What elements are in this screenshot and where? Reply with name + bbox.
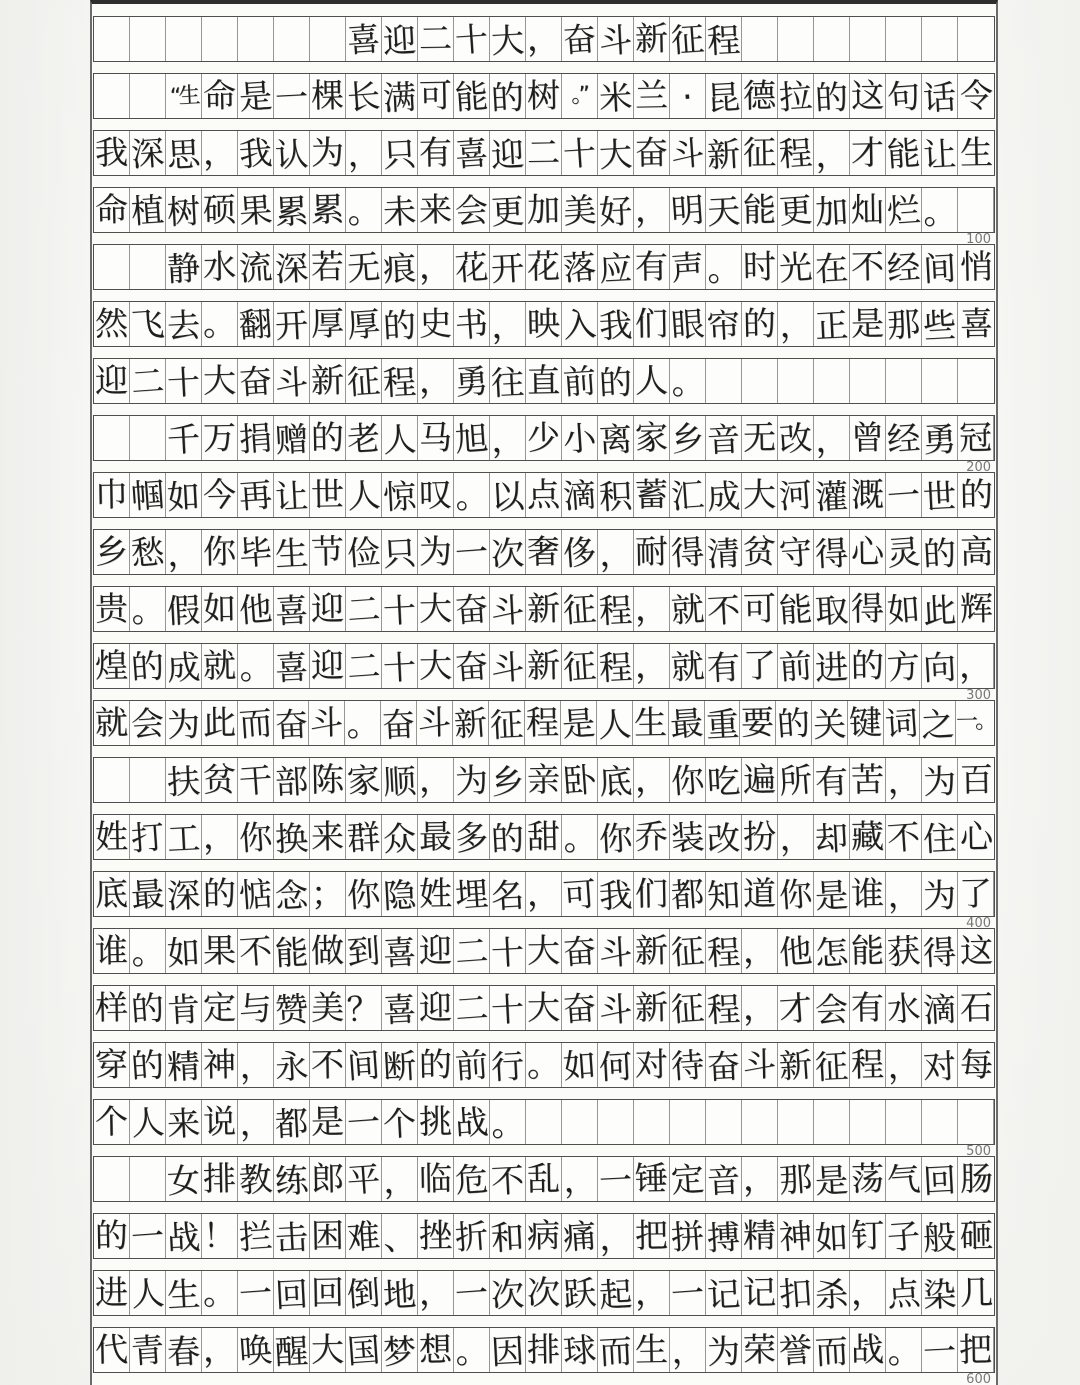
handwritten-char: 向	[922, 650, 957, 685]
grid-cell: 这	[850, 74, 886, 118]
grid-cell: 折	[454, 1214, 490, 1258]
grid-cell: 就	[670, 587, 706, 631]
handwritten-char: 最	[130, 876, 165, 911]
grid-cell: 昆	[706, 74, 742, 118]
grid-cell: 奋	[381, 701, 417, 745]
grid-cell: 的	[742, 302, 778, 346]
grid-cell	[958, 1100, 994, 1144]
grid-cell: 词	[884, 701, 920, 745]
handwritten-char: ·	[681, 79, 694, 113]
handwritten-char: 明	[670, 192, 705, 227]
handwritten-char: 征	[562, 591, 597, 626]
grid-cell: 如	[814, 1214, 850, 1258]
handwritten-char: 水	[886, 990, 921, 1025]
handwritten-char: 对	[635, 1047, 669, 1081]
handwritten-char: 乱	[527, 1161, 561, 1195]
handwritten-char: 苦	[851, 762, 885, 796]
grid-cell: 树	[166, 188, 202, 232]
handwritten-char: ，	[490, 308, 525, 343]
grid-cell: 对	[634, 1043, 670, 1087]
handwritten-char: 征	[670, 990, 705, 1025]
grid-cell: 的	[490, 815, 526, 859]
grid-cell: 得	[814, 530, 850, 574]
composition-paper: 喜迎二十大，奋斗新征程“生命是一棵长满可能的树。”米兰·昆德拉的这句话令我深思，…	[90, 0, 998, 1385]
handwritten-char: 树	[527, 78, 561, 112]
grid-cell: 小	[562, 416, 598, 460]
grid-cell: 病	[526, 1214, 562, 1258]
grid-cell: 代	[94, 1328, 130, 1372]
handwritten-char: 遍	[743, 762, 777, 796]
grid-cell: 果	[238, 188, 274, 232]
handwritten-char: 能	[743, 192, 777, 226]
handwritten-char: 痕	[382, 251, 417, 286]
handwritten-char: 的	[95, 1218, 129, 1252]
grid-cell: 生	[958, 131, 994, 175]
handwritten-char: 对	[922, 1049, 957, 1084]
grid-cell: 杀	[814, 1271, 850, 1315]
grid-cell: 应	[598, 245, 634, 289]
handwritten-char: 奢	[527, 534, 561, 568]
handwritten-char: 而	[814, 1334, 849, 1369]
grid-cell: 征	[814, 1043, 850, 1087]
grid-cell: 程	[598, 644, 634, 688]
grid-cell	[274, 17, 310, 61]
grid-cell	[778, 17, 814, 61]
handwritten-char: 每	[959, 1047, 993, 1081]
grid-cell: 只	[382, 131, 418, 175]
grid-cell: 做	[310, 929, 346, 973]
handwritten-char: 会	[814, 992, 849, 1027]
handwritten-char: 一	[922, 1334, 957, 1369]
grid-cell	[886, 359, 922, 403]
handwritten-char: 能	[274, 935, 309, 970]
handwritten-char: 曾	[851, 420, 885, 454]
grid-cell: 次	[490, 530, 526, 574]
grid-cell	[922, 1100, 958, 1144]
grid-cell: 永	[274, 1043, 310, 1087]
grid-cell: 奋	[706, 1043, 742, 1087]
handwritten-char: 拉	[778, 78, 813, 113]
grid-cell: ，	[958, 644, 994, 688]
handwritten-char: 的	[203, 876, 237, 910]
handwritten-char: 果	[238, 192, 273, 227]
grid-cell: ，	[886, 872, 922, 916]
grid-cell: 灌	[814, 473, 850, 517]
grid-cell: 二	[454, 929, 490, 973]
handwritten-char: 程	[706, 23, 741, 58]
grid-cell: 巾	[94, 473, 130, 517]
grid-cell: 能	[850, 929, 886, 973]
handwritten-char: 喜	[274, 650, 309, 685]
grid-cell: ，	[670, 1328, 706, 1372]
handwritten-char: 更	[490, 194, 525, 229]
grid-cell: 翻	[238, 302, 274, 346]
grid-cell: ，	[382, 1157, 418, 1201]
handwritten-char: 都	[274, 1106, 309, 1141]
grid-cell: 你	[346, 872, 382, 916]
grid-cell: 你	[238, 815, 274, 859]
grid-cell: ，	[742, 1157, 778, 1201]
handwritten-char: 流	[238, 249, 273, 284]
grid-cell: 打	[130, 815, 166, 859]
handwritten-char: 有	[706, 650, 741, 685]
handwritten-char: 话	[922, 80, 957, 115]
grid-cell: 深	[130, 131, 166, 175]
handwritten-char: 侈	[562, 534, 597, 569]
grid-cell: 穿	[94, 1043, 130, 1087]
grid-cell: 点	[526, 473, 562, 517]
handwritten-char: 得	[814, 536, 849, 571]
handwritten-char: 如	[814, 1220, 849, 1255]
grid-cell: 群	[346, 815, 382, 859]
grid-cell: 了	[742, 644, 778, 688]
grid-cell	[886, 1100, 922, 1144]
handwritten-char: 词	[884, 705, 919, 740]
grid-cell: 一	[454, 530, 490, 574]
grid-cell: 定	[202, 986, 238, 1030]
grid-cell: 能	[742, 188, 778, 232]
handwritten-char: ，	[743, 990, 777, 1024]
handwritten-char: 拼	[670, 1218, 705, 1253]
handwritten-char: 我	[238, 135, 273, 170]
handwritten-char: 我	[95, 135, 129, 169]
handwritten-char: 就	[203, 648, 237, 682]
grid-cell: 。	[526, 1043, 562, 1087]
handwritten-char: 万	[203, 420, 237, 454]
handwritten-char: ，	[743, 1161, 777, 1195]
grid-cell: 惊	[382, 473, 418, 517]
handwritten-char: 到	[346, 933, 381, 968]
essay-row: 穿的精神，永不间断的前行。如何对待奋斗新征程，对每	[93, 1042, 995, 1088]
essay-row: 巾帼如今再让世人惊叹。以点滴积蓄汇成大河灌溉一世的	[93, 472, 995, 518]
grid-cell: 贫	[202, 758, 238, 802]
grid-cell: 乔	[634, 815, 670, 859]
handwritten-char: ，	[778, 819, 813, 854]
handwritten-char: ，	[527, 21, 561, 55]
grid-cell: 到	[346, 929, 382, 973]
grid-cell	[958, 359, 994, 403]
grid-cell: 来	[166, 1100, 202, 1144]
grid-cell: 十	[490, 986, 526, 1030]
handwritten-char: 们	[635, 306, 669, 340]
handwritten-char: 开	[274, 308, 309, 343]
handwritten-char: 大	[527, 990, 561, 1024]
handwritten-char: 如	[166, 479, 201, 514]
handwritten-char: ；	[311, 876, 345, 910]
handwritten-char: 生	[166, 1277, 201, 1312]
grid-cell: 美	[562, 188, 598, 232]
grid-cell: 今	[202, 473, 238, 517]
grid-cell: 神	[202, 1043, 238, 1087]
essay-row: 煌的成就。喜迎二十大奋斗新征程，就有了前进的方向，300	[93, 643, 995, 689]
grid-cell: 认	[274, 131, 310, 175]
handwritten-char: 就	[670, 591, 705, 626]
handwritten-char: 句	[886, 78, 921, 113]
handwritten-char: 能	[886, 135, 921, 170]
grid-cell: 大	[310, 1328, 346, 1372]
grid-cell: 奋	[562, 986, 598, 1030]
handwritten-char: 生	[633, 705, 667, 739]
grid-cell: 春	[166, 1328, 202, 1372]
grid-cell: 新	[310, 359, 346, 403]
handwritten-char: 无	[743, 420, 777, 454]
grid-cell: 迎	[310, 587, 346, 631]
handwritten-char: 巾	[95, 477, 129, 511]
handwritten-char: 深	[130, 135, 165, 170]
grid-cell: 向	[922, 644, 958, 688]
grid-cell: 梦	[382, 1328, 418, 1372]
grid-cell	[94, 1157, 130, 1201]
handwritten-char: 战	[454, 1104, 489, 1139]
grid-cell: 喜	[958, 302, 994, 346]
grid-cell: 生	[634, 1328, 670, 1372]
handwritten-char: 可	[419, 78, 453, 112]
handwritten-char: ，	[238, 1047, 273, 1082]
handwritten-char: 迎	[382, 23, 417, 58]
grid-cell	[922, 17, 958, 61]
handwritten-char: 奋	[238, 363, 273, 398]
grid-cell: 一	[670, 1271, 706, 1315]
grid-cell: ，	[634, 644, 670, 688]
handwritten-char: 荣	[743, 1332, 777, 1366]
grid-cell: ，	[562, 1157, 598, 1201]
grid-cell: 成	[706, 473, 742, 517]
handwritten-char: 最	[668, 705, 703, 740]
handwritten-char: 加	[527, 192, 561, 226]
grid-cell: 挫	[418, 1214, 454, 1258]
handwritten-char: ，	[527, 876, 561, 910]
grid-cell: 德	[742, 74, 778, 118]
handwritten-char: 临	[419, 1161, 453, 1195]
grid-cell: 。	[130, 587, 166, 631]
grid-cell: 精	[742, 1214, 778, 1258]
handwritten-char: 是	[561, 705, 596, 740]
grid-cell: 令	[958, 74, 994, 118]
grid-cell: 荡	[850, 1157, 886, 1201]
grid-cell: 如	[166, 929, 202, 973]
grid-cell: 取	[814, 587, 850, 631]
handwritten-char: 的	[419, 1047, 453, 1081]
handwritten-char: 精	[166, 1049, 201, 1084]
handwritten-char: 不	[490, 1163, 525, 1198]
grid-cell: 十	[382, 587, 418, 631]
handwritten-char: 水	[203, 249, 237, 283]
grid-cell: 新	[706, 131, 742, 175]
handwritten-char: 奋	[562, 990, 597, 1025]
grid-cell: 众	[382, 815, 418, 859]
grid-cell: ，	[418, 758, 454, 802]
handwritten-char: 征	[670, 21, 705, 56]
handwritten-char: 无	[346, 249, 381, 284]
handwritten-char: 的	[851, 648, 885, 682]
grid-cell: 程	[525, 701, 561, 745]
handwritten-char: 勇	[922, 422, 957, 457]
grid-cell: 藏	[850, 815, 886, 859]
handwritten-char: 为	[454, 762, 489, 797]
handwritten-char: 都	[670, 876, 705, 911]
grid-cell: 旭	[454, 416, 490, 460]
handwritten-char: 痛	[562, 1218, 597, 1253]
grid-cell	[850, 359, 886, 403]
handwritten-char: 不	[311, 1047, 345, 1081]
grid-cell	[130, 74, 166, 118]
handwritten-char: 们	[635, 876, 669, 910]
handwritten-char: 战	[166, 1220, 201, 1255]
grid-cell: 不	[886, 815, 922, 859]
grid-cell: 个	[382, 1100, 418, 1144]
grid-cell: ，	[238, 1043, 274, 1087]
handwritten-char: 般	[922, 1220, 957, 1255]
handwritten-char: 起	[598, 1277, 633, 1312]
grid-cell: 。	[454, 1328, 490, 1372]
grid-cell: 史	[418, 302, 454, 346]
grid-cell: ，	[202, 815, 238, 859]
grid-cell: 不	[850, 245, 886, 289]
grid-cell: 命	[94, 188, 130, 232]
grid-cell: 为	[166, 701, 202, 745]
grid-cell: 。	[346, 188, 382, 232]
handwritten-char: 重	[705, 707, 740, 742]
handwritten-char: 方	[886, 648, 921, 683]
handwritten-char: 时	[743, 249, 777, 283]
handwritten-char: 程	[851, 1047, 885, 1081]
handwritten-char: ，	[203, 1332, 237, 1366]
handwritten-char: 加	[814, 194, 849, 229]
grid-cell: 飞	[130, 302, 166, 346]
grid-cell: 深	[274, 245, 310, 289]
grid-cell: 人	[346, 473, 382, 517]
handwritten-char: 花	[527, 249, 561, 283]
handwritten-char: 程	[778, 135, 813, 170]
handwritten-char: 吃	[706, 764, 741, 799]
handwritten-char: 奋	[562, 933, 597, 968]
grid-cell: 你	[598, 815, 634, 859]
left-page-margin	[0, 0, 90, 1385]
handwritten-char: 何	[598, 1049, 633, 1084]
grid-cell: 与	[238, 986, 274, 1030]
handwritten-char: 间	[346, 1047, 381, 1082]
grid-cell: 喜	[382, 929, 418, 973]
grid-cell: 的	[130, 1043, 166, 1087]
handwritten-char: 春	[166, 1334, 201, 1369]
handwritten-char: 更	[778, 192, 813, 227]
grid-cell: 喜	[382, 986, 418, 1030]
grid-cell: 可	[418, 74, 454, 118]
grid-cell: 。	[886, 1328, 922, 1372]
handwritten-char: 一	[346, 1104, 381, 1139]
grid-cell: 为	[454, 758, 490, 802]
essay-row: 贵。假如他喜迎二十大奋斗新征程，就不可能取得如此辉	[93, 586, 995, 632]
handwritten-char: 小	[562, 420, 597, 455]
handwritten-char: 十	[382, 593, 417, 628]
grid-cell	[130, 1157, 166, 1201]
grid-cell: 落	[562, 245, 598, 289]
handwritten-char: ，	[419, 762, 453, 796]
handwritten-char: 锤	[635, 1161, 669, 1195]
grid-cell: 记	[706, 1271, 742, 1315]
handwritten-char: 今	[203, 477, 237, 511]
handwritten-char: 好	[598, 194, 633, 229]
handwritten-char: 不	[886, 819, 921, 854]
handwritten-char: ，	[743, 933, 777, 967]
grid-cell: 唤	[238, 1328, 274, 1372]
handwritten-char: 未	[382, 194, 417, 229]
handwritten-char: 藏	[851, 819, 885, 853]
handwritten-char: 前	[562, 363, 597, 398]
handwritten-char: 的	[311, 420, 345, 454]
handwritten-char: ，	[346, 135, 381, 170]
grid-cell: 去	[166, 302, 202, 346]
handwritten-char: 的	[382, 308, 417, 343]
grid-cell: 喜	[274, 587, 310, 631]
grid-cell: 世	[310, 473, 346, 517]
grid-cell: 喜	[454, 131, 490, 175]
essay-grid: 喜迎二十大，奋斗新征程“生命是一棵长满可能的树。”米兰·昆德拉的这句话令我深思，…	[92, 16, 996, 1373]
handwritten-char: 球	[562, 1332, 597, 1367]
handwritten-char: 住	[922, 821, 957, 856]
handwritten-char: 一	[670, 1275, 705, 1310]
handwritten-char: 如	[203, 591, 237, 625]
handwritten-char: 得	[670, 534, 705, 569]
grid-cell: 家	[634, 416, 670, 460]
grid-cell: 青	[130, 1328, 166, 1372]
grid-cell: ，	[814, 416, 850, 460]
handwritten-char: 。	[345, 705, 380, 740]
grid-cell: ？	[346, 986, 382, 1030]
grid-cell: ，	[742, 929, 778, 973]
handwritten-char: 新	[311, 363, 345, 397]
grid-cell: ，	[418, 1271, 454, 1315]
handwritten-char: 姓	[419, 876, 453, 910]
handwritten-char: 愁	[130, 534, 165, 569]
grid-cell: 不	[706, 587, 742, 631]
handwritten-char: “生	[169, 85, 198, 108]
handwritten-char: 落	[562, 249, 597, 284]
handwritten-char: 昆	[706, 80, 741, 115]
grid-cell	[778, 1100, 814, 1144]
handwritten-char: 的	[130, 1047, 165, 1082]
grid-cell: 获	[886, 929, 922, 973]
grid-cell: 来	[310, 815, 346, 859]
grid-cell: 迎	[418, 929, 454, 973]
grid-cell: 、	[382, 1214, 418, 1258]
grid-cell: 倒	[346, 1271, 382, 1315]
handwritten-char: ，	[851, 1275, 885, 1309]
handwritten-char: 隐	[382, 878, 417, 913]
handwritten-char: 人	[382, 422, 417, 457]
grid-cell: 得	[670, 530, 706, 574]
handwritten-char: 征	[562, 648, 597, 683]
handwritten-char: 唤	[238, 1332, 273, 1367]
handwritten-char: 。	[238, 648, 273, 683]
grid-cell: 最	[418, 815, 454, 859]
handwritten-char: 陈	[311, 762, 345, 796]
handwritten-char: 以	[490, 479, 525, 514]
handwritten-char: 十	[490, 992, 525, 1027]
handwritten-char: 人	[130, 1104, 165, 1139]
grid-cell: 程	[706, 986, 742, 1030]
grid-cell: 人	[382, 416, 418, 460]
grid-cell: 多	[454, 815, 490, 859]
handwritten-char: 人	[130, 1275, 165, 1310]
essay-row: 喜迎二十大，奋斗新征程	[93, 16, 995, 62]
grid-cell: 。	[490, 1100, 526, 1144]
grid-cell: 水	[202, 245, 238, 289]
grid-cell: 清	[706, 530, 742, 574]
grid-cell: 厚	[346, 302, 382, 346]
grid-cell: 米	[598, 74, 634, 118]
handwritten-char: 一	[274, 80, 309, 115]
